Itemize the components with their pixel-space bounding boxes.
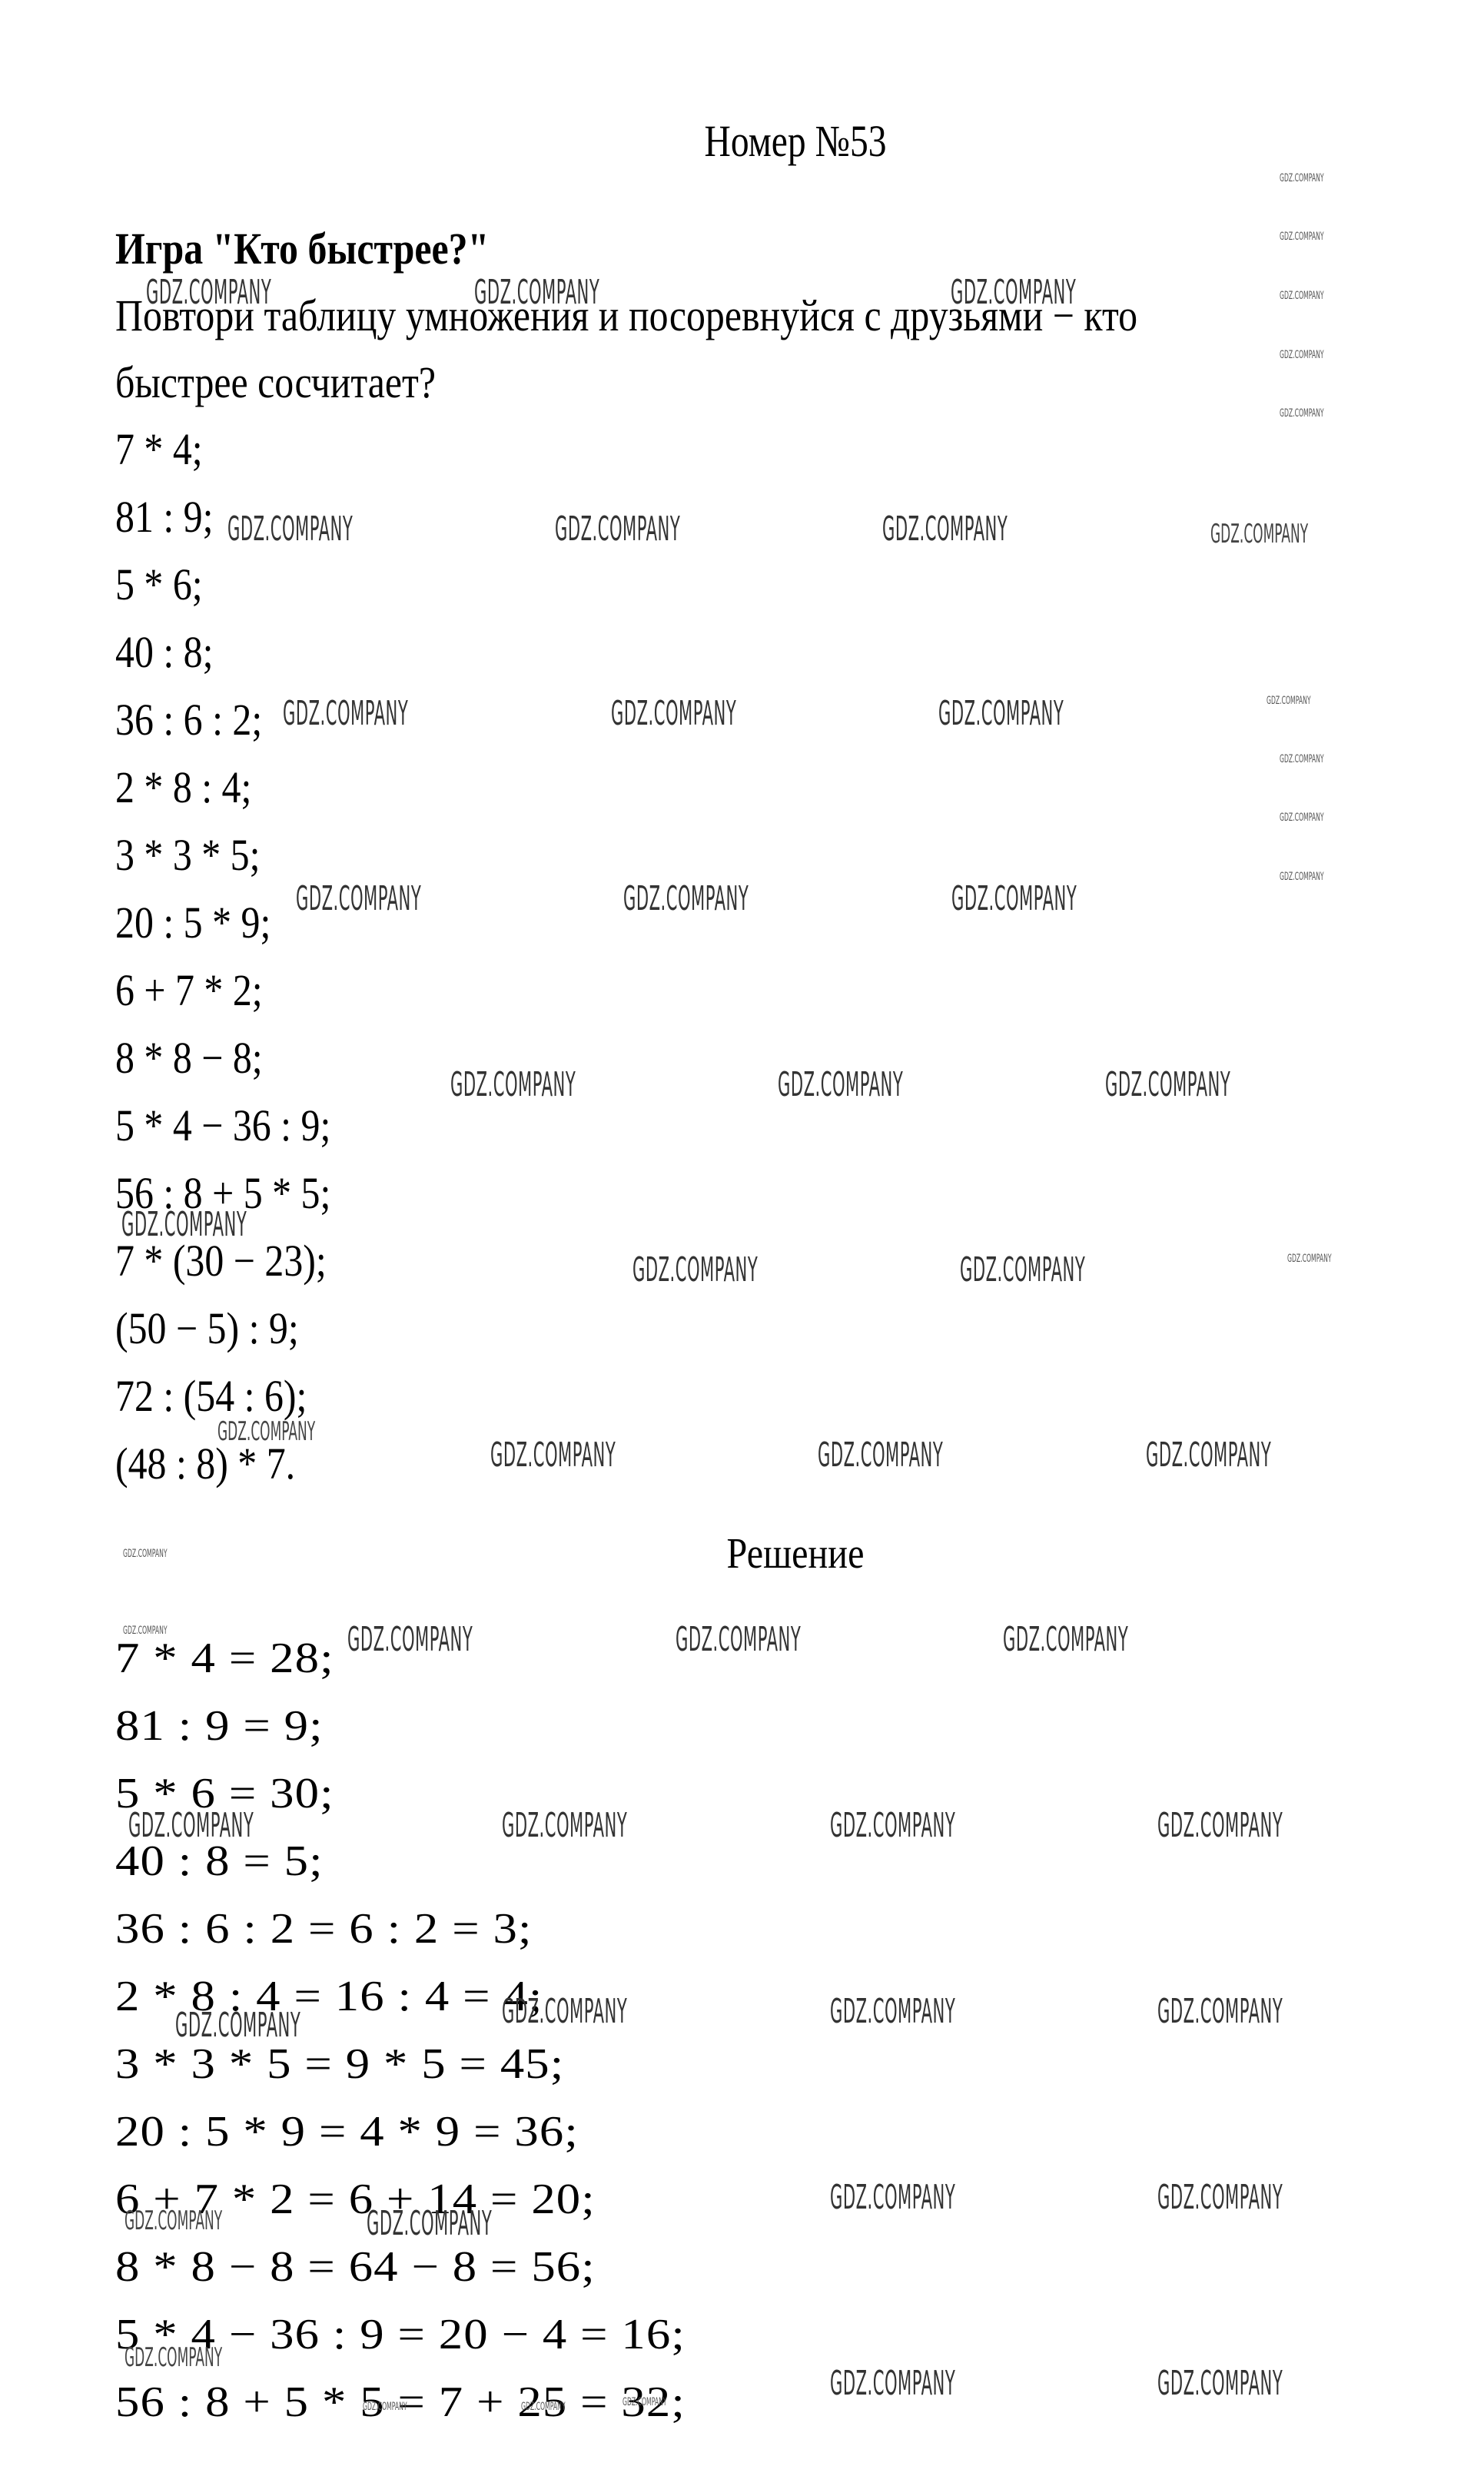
exercise-item: 5 * 4 − 36 : 9; bbox=[115, 1104, 330, 1148]
watermark: GDZ.COMPANY bbox=[367, 2204, 492, 2243]
exercise-item: 5 * 6; bbox=[115, 563, 203, 607]
watermark: GDZ.COMPANY bbox=[217, 1416, 315, 1447]
solution-item: 40 : 8 = 5; bbox=[115, 1840, 324, 1883]
exercise-item: (48 : 8) * 7. bbox=[115, 1442, 295, 1486]
exercise-item: 8 * 8 − 8; bbox=[115, 1036, 263, 1080]
watermark: GDZ.COMPANY bbox=[1280, 812, 1324, 824]
watermark: GDZ.COMPANY bbox=[146, 273, 271, 312]
watermark: GDZ.COMPANY bbox=[555, 509, 680, 549]
watermark: GDZ.COMPANY bbox=[1157, 2178, 1283, 2217]
exercise-item: 2 * 8 : 4; bbox=[115, 765, 251, 810]
watermark: GDZ.COMPANY bbox=[830, 2178, 955, 2217]
watermark: GDZ.COMPANY bbox=[124, 2205, 222, 2236]
watermark: GDZ.COMPANY bbox=[951, 879, 1077, 918]
watermark: GDZ.COMPANY bbox=[951, 273, 1076, 312]
watermark: GDZ.COMPANY bbox=[1157, 1992, 1283, 2031]
exercise-item: 3 * 3 * 5; bbox=[115, 833, 260, 878]
exercise-item: 6 + 7 * 2; bbox=[115, 968, 263, 1013]
watermark: GDZ.COMPANY bbox=[611, 694, 736, 733]
watermark: GDZ.COMPANY bbox=[1146, 1435, 1271, 1475]
watermark: GDZ.COMPANY bbox=[830, 1806, 955, 1845]
solution-item: 3 * 3 * 5 = 9 * 5 = 45; bbox=[115, 2043, 564, 2086]
exercise-item: (50 − 5) : 9; bbox=[115, 1306, 299, 1351]
task-heading: Игра "Кто быстрее?" bbox=[115, 227, 489, 271]
watermark: GDZ.COMPANY bbox=[1157, 1806, 1283, 1845]
watermark: GDZ.COMPANY bbox=[347, 1620, 473, 1659]
watermark: GDZ.COMPANY bbox=[283, 694, 408, 733]
exercise-item: 72 : (54 : 6); bbox=[115, 1374, 307, 1419]
watermark: GDZ.COMPANY bbox=[1280, 349, 1324, 361]
watermark: GDZ.COMPANY bbox=[960, 1250, 1085, 1289]
watermark: GDZ.COMPANY bbox=[1280, 407, 1324, 420]
watermark: GDZ.COMPANY bbox=[1280, 871, 1324, 883]
watermark: GDZ.COMPANY bbox=[124, 2342, 222, 2373]
watermark: GDZ.COMPANY bbox=[502, 1992, 627, 2031]
watermark: GDZ.COMPANY bbox=[882, 509, 1008, 549]
solution-item: 36 : 6 : 2 = 6 : 2 = 3; bbox=[115, 1907, 533, 1950]
task-text-line-2: быстрее сосчитает? bbox=[115, 360, 436, 405]
exercise-item: 7 * 4; bbox=[115, 427, 203, 472]
watermark: GDZ.COMPANY bbox=[450, 1065, 576, 1104]
watermark: GDZ.COMPANY bbox=[1157, 2364, 1283, 2403]
watermark: GDZ.COMPANY bbox=[1105, 1065, 1230, 1104]
watermark: GDZ.COMPANY bbox=[1280, 290, 1324, 302]
exercise-item: 40 : 8; bbox=[115, 630, 213, 675]
watermark: GDZ.COMPANY bbox=[123, 1548, 168, 1560]
exercise-item: 7 * (30 − 23); bbox=[115, 1239, 327, 1283]
exercise-item: 81 : 9; bbox=[115, 495, 213, 539]
watermark: GDZ.COMPANY bbox=[363, 2401, 407, 2413]
watermark: GDZ.COMPANY bbox=[632, 1250, 758, 1289]
watermark: GDZ.COMPANY bbox=[622, 2396, 667, 2408]
watermark: GDZ.COMPANY bbox=[121, 1205, 247, 1244]
watermark: GDZ.COMPANY bbox=[830, 2364, 955, 2403]
watermark: GDZ.COMPANY bbox=[1280, 172, 1324, 184]
watermark: GDZ.COMPANY bbox=[778, 1065, 903, 1104]
exercise-item: 20 : 5 * 9; bbox=[115, 901, 271, 945]
watermark: GDZ.COMPANY bbox=[1210, 519, 1308, 549]
watermark: GDZ.COMPANY bbox=[830, 1992, 955, 2031]
exercise-item: 36 : 6 : 2; bbox=[115, 698, 262, 742]
watermark: GDZ.COMPANY bbox=[1003, 1620, 1128, 1659]
watermark: GDZ.COMPANY bbox=[676, 1620, 801, 1659]
watermark: GDZ.COMPANY bbox=[818, 1435, 943, 1475]
watermark: GDZ.COMPANY bbox=[296, 879, 421, 918]
solution-item: 7 * 4 = 28; bbox=[115, 1637, 334, 1680]
watermark: GDZ.COMPANY bbox=[521, 2401, 566, 2413]
watermark: GDZ.COMPANY bbox=[623, 879, 749, 918]
solution-item: 20 : 5 * 9 = 4 * 9 = 36; bbox=[115, 2110, 579, 2153]
watermark: GDZ.COMPANY bbox=[175, 2006, 300, 2045]
watermark: GDZ.COMPANY bbox=[227, 509, 353, 549]
watermark: GDZ.COMPANY bbox=[1280, 753, 1324, 765]
page-title: Номер №53 bbox=[143, 115, 1447, 167]
watermark: GDZ.COMPANY bbox=[128, 1806, 254, 1845]
watermark: GDZ.COMPANY bbox=[1280, 231, 1324, 243]
solution-item: 8 * 8 − 8 = 64 − 8 = 56; bbox=[115, 2245, 596, 2288]
watermark: GDZ.COMPANY bbox=[474, 273, 599, 312]
watermark: GDZ.COMPANY bbox=[123, 1625, 168, 1637]
watermark: GDZ.COMPANY bbox=[1287, 1253, 1332, 1265]
watermark: GDZ.COMPANY bbox=[1267, 695, 1311, 707]
watermark: GDZ.COMPANY bbox=[502, 1806, 627, 1845]
watermark: GDZ.COMPANY bbox=[938, 694, 1064, 733]
watermark: GDZ.COMPANY bbox=[490, 1435, 616, 1475]
solution-title: Решение bbox=[111, 1529, 1479, 1578]
solution-item: 81 : 9 = 9; bbox=[115, 1704, 324, 1747]
